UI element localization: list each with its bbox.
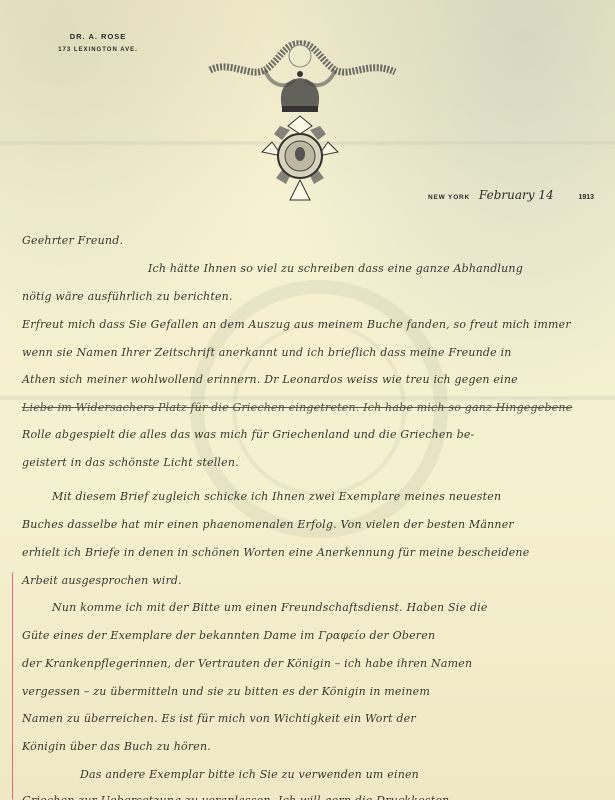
dateline-date: February 14 [479,188,554,202]
handwritten-line: Buches dasselbe hat mir einen phaenomena… [22,518,514,531]
handwritten-line: erhielt ich Briefe in denen in schönen W… [22,546,529,559]
salutation: Geehrter Freund. [22,234,123,247]
handwritten-line: Königin über das Buch zu hören. [22,740,211,753]
handwritten-line: Athen sich meiner wohlwollend erinnern. … [22,373,518,386]
dateline-year: 1913 [578,194,594,201]
handwritten-line: vergessen – zu übermitteln und sie zu bi… [22,685,430,698]
handwritten-line: Nun komme ich mit der Bitte um einen Fre… [52,601,488,614]
royal-order-emblem-icon [190,30,410,220]
handwritten-line: Arbeit ausgesprochen wird. [22,574,182,587]
handwritten-line: Namen zu überreichen. Es ist für mich vo… [22,712,416,725]
letter-page: DR. A. ROSE 173 LEXINGTON AVE. NEW YORK … [0,0,615,800]
handwritten-line: nötig wäre ausführlich zu berichten. [22,290,233,303]
handwritten-line: Griechen zur Uebersetzung zu veranlassen… [22,794,449,800]
letterhead-address: 173 LEXINGTON AVE. [38,47,158,53]
handwritten-line: Erfreut mich dass Sie Gefallen an dem Au… [22,318,571,331]
handwritten-line: geistert in das schönste Licht stellen. [22,456,239,469]
handwritten-line: Güte eines der Exemplare der bekannten D… [22,629,435,642]
dateline: NEW YORK February 14 1913 [428,188,594,202]
handwritten-line: wenn sie Namen Ihrer Zeitschrift anerkan… [22,346,512,359]
red-margin-mark [12,572,17,800]
handwritten-line: der Krankenpflegerinnen, der Vertrauten … [22,657,472,670]
handwritten-line: Mit diesem Brief zugleich schicke ich Ih… [52,490,501,503]
handwritten-line: Rolle abgespielt die alles das was mich … [22,428,474,441]
handwritten-line: Ich hätte Ihnen so viel zu schreiben das… [148,262,523,275]
handwritten-line: Liebe im Widersachers Platz für die Grie… [22,401,572,414]
letterhead-name: DR. A. ROSE [38,32,158,41]
dateline-city: NEW YORK [428,194,470,201]
handwritten-line: Das andere Exemplar bitte ich Sie zu ver… [80,768,419,781]
